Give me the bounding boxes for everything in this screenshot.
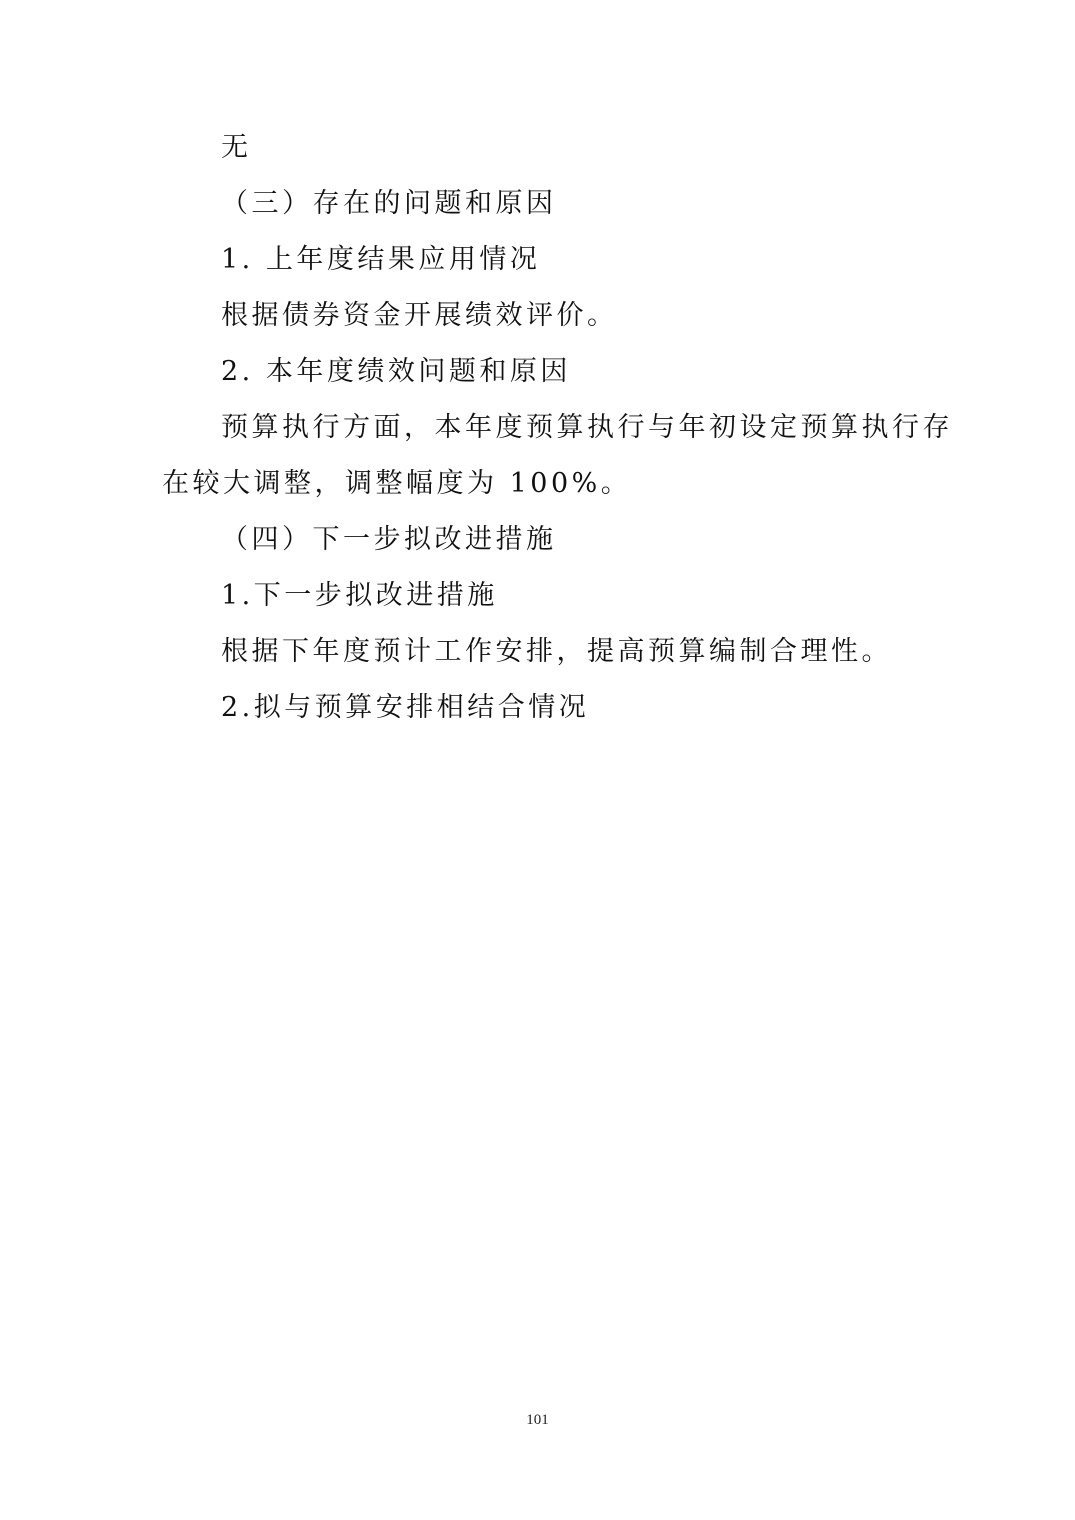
section-heading-problems: （三）存在的问题和原因	[221, 188, 557, 220]
paragraph-improvement-measures: 根据下年度预计工作安排，提高预算编制合理性。	[221, 636, 892, 668]
subheading-last-year-results: 1. 上年度结果应用情况	[221, 244, 540, 276]
paragraph-budget-execution: 预算执行方面，本年度预算执行与年初设定预算执行存	[221, 412, 953, 444]
subheading-current-year-issues: 2. 本年度绩效问题和原因	[221, 356, 571, 388]
paragraph-budget-execution-cont: 在较大调整，调整幅度为 100%。	[162, 468, 631, 500]
paragraph-none: 无	[221, 132, 252, 164]
page-number: 101	[0, 1412, 1075, 1429]
paragraph-last-year-results: 根据债券资金开展绩效评价。	[221, 300, 618, 332]
subheading-budget-integration: 2.拟与预算安排相结合情况	[221, 692, 589, 724]
section-heading-improvements: （四）下一步拟改进措施	[221, 524, 557, 556]
subheading-improvement-measures: 1.下一步拟改进措施	[221, 580, 498, 612]
